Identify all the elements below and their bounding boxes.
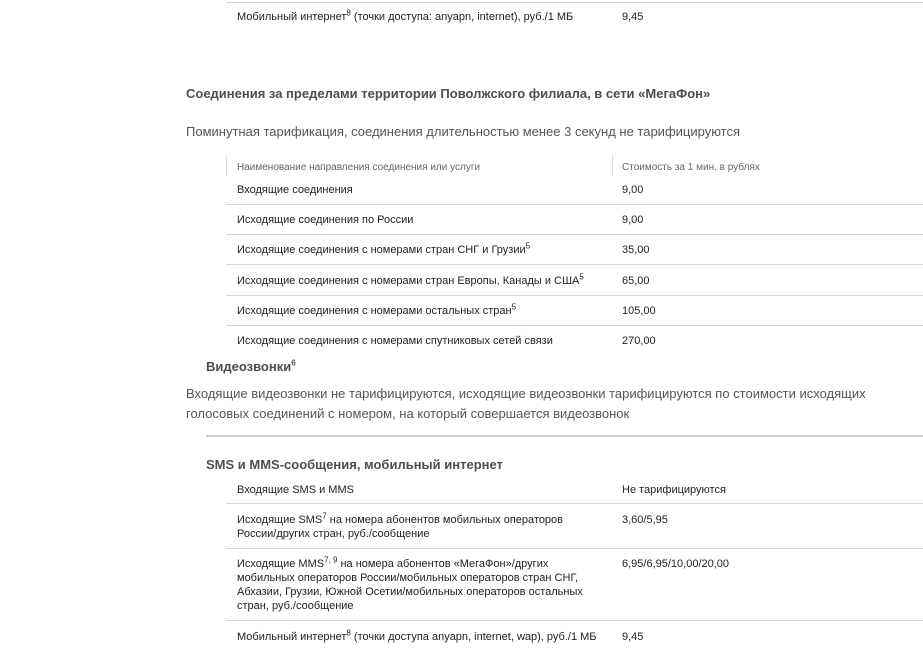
section-heading-sms: SMS и MMS-сообщения, мобильный интернет — [206, 457, 503, 472]
row-value: 9,00 — [622, 183, 643, 197]
footnote-ref[interactable]: 6 — [291, 359, 295, 368]
row-value: 65,00 — [622, 274, 650, 288]
row-value: 3,60/5,95 — [622, 513, 668, 527]
row-name-text: Исходящие соединения с номерами стран Ев… — [237, 275, 579, 287]
row-value: 105,00 — [622, 304, 656, 318]
footnote-ref[interactable]: 5 — [579, 272, 583, 281]
row-name: Входящие SMS и MMS — [237, 483, 597, 497]
table-row: Мобильный интернет8 (точки доступа: anya… — [237, 10, 573, 24]
section-divider — [206, 435, 923, 437]
row-value: 9,45 — [622, 630, 643, 644]
top-table-divider — [226, 2, 923, 3]
row-divider — [226, 548, 923, 549]
row-name-text: Исходящие MMS — [237, 558, 324, 570]
row-value: 9,45 — [622, 10, 643, 24]
row-name: Исходящие MMS7, 9 на номера абонентов «М… — [237, 557, 597, 613]
section-heading-video: Видеозвонки6 — [206, 359, 296, 374]
row-name-suffix: (точки доступа anyapn, internet, wap), р… — [351, 631, 597, 643]
row-divider — [226, 234, 923, 235]
row-value: 270,00 — [622, 334, 656, 348]
footnote-ref[interactable]: 7, 9 — [324, 555, 337, 564]
row-divider — [226, 264, 923, 265]
row-name: Мобильный интернет — [237, 11, 346, 23]
row-divider — [226, 295, 923, 296]
video-heading-text: Видеозвонки — [206, 359, 291, 374]
row-divider — [226, 620, 923, 621]
row-name-text: Мобильный интернет — [237, 631, 346, 643]
row-name-text: Исходящие соединения с номерами спутнико… — [237, 335, 553, 347]
row-divider — [226, 325, 923, 326]
row-name-suffix: (точки доступа: anyapn, internet), руб./… — [351, 11, 573, 23]
row-name-text: Исходящие соединения с номерами остальны… — [237, 305, 512, 317]
section-heading-roaming: Соединения за пределами территории Повол… — [186, 86, 710, 101]
row-name: Исходящие SMS7 на номера абонентов мобил… — [237, 513, 597, 541]
row-value: 35,00 — [622, 243, 650, 257]
row-value: 9,00 — [622, 213, 643, 227]
row-name-text: Входящие соединения — [237, 184, 353, 196]
roaming-note: Поминутная тарификация, соединения длите… — [186, 122, 740, 142]
column-header-price: Стоимость за 1 мин. в рублях — [622, 162, 760, 173]
row-value: 6,95/6,95/10,00/20,00 — [622, 557, 729, 571]
column-divider — [226, 155, 227, 176]
row-name: Исходящие соединения с номерами стран СН… — [237, 243, 530, 257]
row-name: Входящие соединения — [237, 183, 353, 197]
row-name: Исходящие соединения по России — [237, 213, 413, 227]
column-divider — [612, 155, 613, 176]
column-header-service: Наименование направления соединения или … — [237, 162, 480, 173]
row-name: Мобильный интернет8 (точки доступа anyap… — [237, 630, 597, 644]
row-name-text: Входящие SMS и MMS — [237, 484, 354, 496]
video-description: Входящие видеозвонки не тарифицируются, … — [186, 384, 886, 424]
row-divider — [226, 503, 923, 504]
row-name: Исходящие соединения с номерами стран Ев… — [237, 274, 584, 288]
row-name: Исходящие соединения с номерами остальны… — [237, 304, 516, 318]
row-name-text: Исходящие соединения по России — [237, 214, 413, 226]
row-value: Не тарифицируются — [622, 483, 726, 497]
row-name: Исходящие соединения с номерами спутнико… — [237, 334, 553, 348]
footnote-ref[interactable]: 5 — [526, 241, 530, 250]
footnote-ref[interactable]: 5 — [512, 302, 516, 311]
row-name-text: Исходящие соединения с номерами стран СН… — [237, 244, 526, 256]
row-divider — [226, 204, 923, 205]
row-name-text: Исходящие SMS — [237, 514, 322, 526]
